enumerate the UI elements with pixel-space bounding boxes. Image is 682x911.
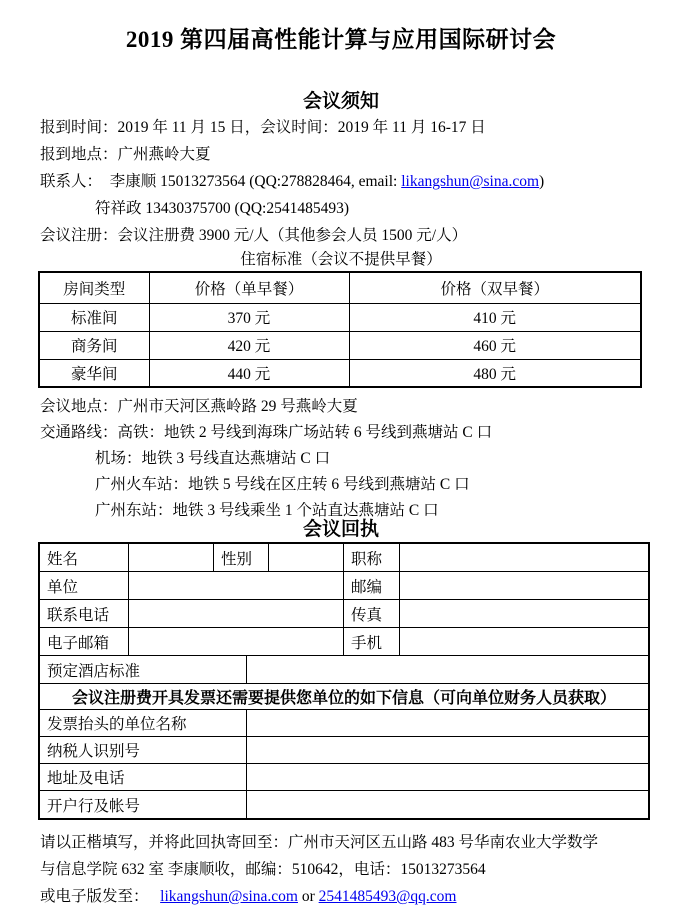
price-cell: 440 元 — [149, 359, 349, 387]
venue-block: 会议地点：广州市天河区燕岭路 29 号燕岭大夏 交通路线：高铁：地铁 2 号线到… — [40, 394, 650, 524]
hotel-rate-table: 房间类型 价格（单早餐） 价格（双早餐） 标准间 370 元 410 元 商务间… — [38, 271, 642, 388]
fax-value-cell — [400, 600, 648, 627]
room-type-cell: 商务间 — [39, 331, 149, 359]
hotel-standard-label-cell: 预定酒店标准 — [40, 656, 247, 683]
contact1-suffix: ) — [539, 173, 544, 190]
hotel-standard-value-cell — [247, 656, 648, 683]
mailing-instruction-line-2: 与信息学院 632 室 李康顺收，邮编：510642，电话：1501327356… — [40, 856, 650, 883]
page-title: 2019 第四届高性能计算与应用国际研讨会 — [0, 24, 682, 56]
address-phone-label-cell: 地址及电话 — [40, 764, 247, 790]
name-label-cell: 姓名 — [40, 544, 129, 571]
table-row: 标准间 370 元 410 元 — [39, 303, 641, 331]
address-phone-value-cell — [247, 764, 648, 790]
traffic-line-airport: 机场：地铁 3 号线直达燕塘站 C 口 — [40, 446, 650, 472]
invoice-company-label-cell: 发票抬头的单位名称 — [40, 710, 247, 736]
email-value-cell — [129, 628, 344, 655]
zip-value-cell — [400, 572, 648, 599]
taxpayer-id-label-cell: 纳税人识别号 — [40, 737, 247, 763]
title-value-cell — [400, 544, 648, 571]
registration-fee-line: 会议注册：会议注册费 3900 元/人（其他参会人员 1500 元/人） — [40, 222, 650, 249]
document-page: 2019 第四届高性能计算与应用国际研讨会 会议须知 报到时间：2019 年 1… — [0, 24, 682, 910]
fax-label-cell: 传真 — [344, 600, 400, 627]
notice-block: 报到时间：2019 年 11 月 15 日，会议时间：2019 年 11 月 1… — [40, 114, 650, 249]
org-value-cell — [129, 572, 344, 599]
phone-label-cell: 联系电话 — [40, 600, 129, 627]
bank-account-value-cell — [247, 791, 648, 818]
checkin-time-line: 报到时间：2019 年 11 月 15 日，会议时间：2019 年 11 月 1… — [40, 114, 650, 141]
form-row-org-zip: 单位 邮编 — [40, 572, 648, 600]
form-row-phone-fax: 联系电话 传真 — [40, 600, 648, 628]
contact-email-link[interactable]: likangshun@sina.com — [401, 173, 539, 190]
form-row-email-mobile: 电子邮箱 手机 — [40, 628, 648, 656]
electronic-copy-prefix: 或电子版发至： — [40, 888, 160, 905]
col-header-price-double: 价格（双早餐） — [349, 272, 641, 303]
form-row-bank-account: 开户行及帐号 — [40, 791, 648, 818]
col-header-price-single: 价格（单早餐） — [149, 272, 349, 303]
venue-line: 会议地点：广州市天河区燕岭路 29 号燕岭大夏 — [40, 394, 650, 420]
form-row-address-phone: 地址及电话 — [40, 764, 648, 791]
or-text: or — [298, 888, 319, 905]
mailing-instruction-line-1: 请以正楷填写，并将此回执寄回至：广州市天河区五山路 483 号华南农业大学数学 — [40, 829, 650, 856]
notice-heading: 会议须知 — [0, 90, 682, 114]
form-row-invoice-header: 会议注册费开具发票还需要提供您单位的如下信息（可向单位财务人员获取） — [40, 684, 648, 710]
gender-value-cell — [269, 544, 344, 571]
traffic-line-railway-station: 广州火车站：地铁 5 号线在区庄转 6 号线到燕塘站 C 口 — [40, 472, 650, 498]
price-cell: 420 元 — [149, 331, 349, 359]
room-type-cell: 标准间 — [39, 303, 149, 331]
org-label-cell: 单位 — [40, 572, 129, 599]
price-cell: 480 元 — [349, 359, 641, 387]
form-row-taxpayer-id: 纳税人识别号 — [40, 737, 648, 764]
mobile-value-cell — [400, 628, 648, 655]
contact-line-2: 符祥政 13430375700 (QQ:2541485493) — [40, 195, 650, 222]
title-label-cell: 职称 — [344, 544, 400, 571]
taxpayer-id-value-cell — [247, 737, 648, 763]
room-type-cell: 豪华间 — [39, 359, 149, 387]
bank-account-label-cell: 开户行及帐号 — [40, 791, 247, 818]
name-value-cell — [129, 544, 214, 571]
hotel-header-row: 房间类型 价格（单早餐） 价格（双早餐） — [39, 272, 641, 303]
contact1-text: 联系人： 李康顺 15013273564 (QQ:278828464, emai… — [40, 173, 401, 190]
col-header-room-type: 房间类型 — [39, 272, 149, 303]
form-row-name-gender-title: 姓名 性别 职称 — [40, 544, 648, 572]
zip-label-cell: 邮编 — [344, 572, 400, 599]
reply-form-table: 姓名 性别 职称 单位 邮编 联系电话 传真 电子邮箱 手机 预定酒店标准 — [38, 542, 650, 820]
price-cell: 410 元 — [349, 303, 641, 331]
contact-line-1: 联系人： 李康顺 15013273564 (QQ:278828464, emai… — [40, 168, 650, 195]
footer-email-link-sina[interactable]: likangshun@sina.com — [160, 888, 298, 905]
footer-email-link-qq[interactable]: 2541485493@qq.com — [319, 888, 457, 905]
phone-value-cell — [129, 600, 344, 627]
table-row: 豪华间 440 元 480 元 — [39, 359, 641, 387]
electronic-copy-line: 或电子版发至： likangshun@sina.com or 254148549… — [40, 883, 650, 910]
form-row-invoice-company: 发票抬头的单位名称 — [40, 710, 648, 737]
mobile-label-cell: 手机 — [344, 628, 400, 655]
footer-block: 请以正楷填写，并将此回执寄回至：广州市天河区五山路 483 号华南农业大学数学 … — [40, 829, 650, 910]
checkin-place-line: 报到地点：广州燕岭大夏 — [40, 141, 650, 168]
email-label-cell: 电子邮箱 — [40, 628, 129, 655]
table-row: 商务间 420 元 460 元 — [39, 331, 641, 359]
invoice-info-header: 会议注册费开具发票还需要提供您单位的如下信息（可向单位财务人员获取） — [40, 684, 648, 709]
invoice-company-value-cell — [247, 710, 648, 736]
form-row-hotel-standard: 预定酒店标准 — [40, 656, 648, 684]
price-cell: 460 元 — [349, 331, 641, 359]
price-cell: 370 元 — [149, 303, 349, 331]
traffic-line-highspeed-rail: 交通路线：高铁：地铁 2 号线到海珠广场站转 6 号线到燕塘站 C 口 — [40, 420, 650, 446]
hotel-table-caption: 住宿标准（会议不提供早餐） — [0, 249, 682, 270]
gender-label-cell: 性别 — [214, 544, 269, 571]
